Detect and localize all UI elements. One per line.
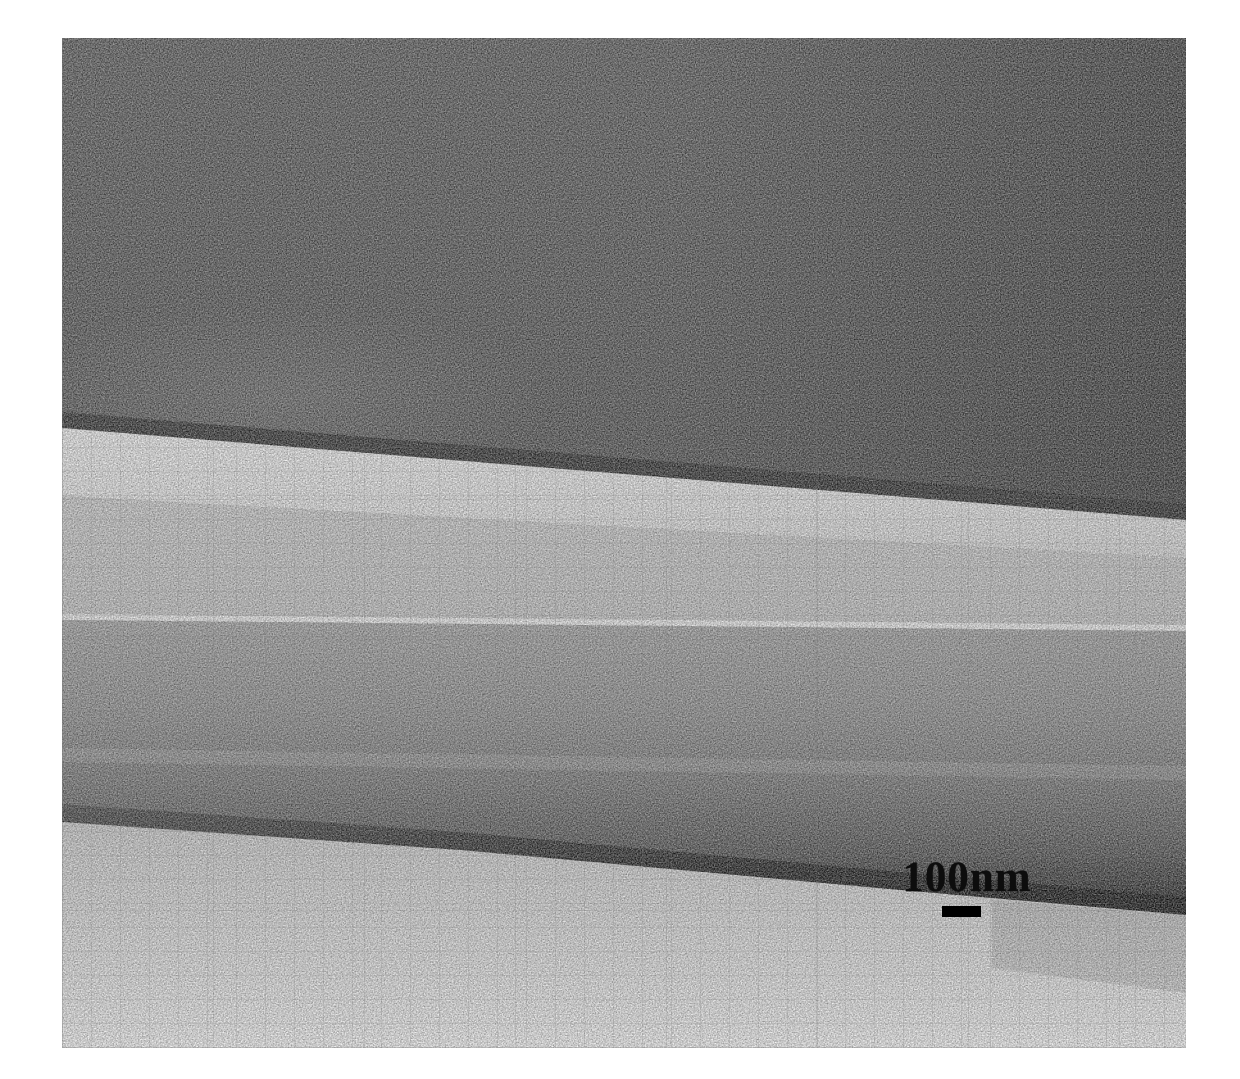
scale-bar-label: 100nm xyxy=(902,856,1032,899)
page: 100nm xyxy=(0,0,1240,1079)
scale-bar xyxy=(942,906,981,917)
micrograph-figure: 100nm xyxy=(62,38,1186,1048)
